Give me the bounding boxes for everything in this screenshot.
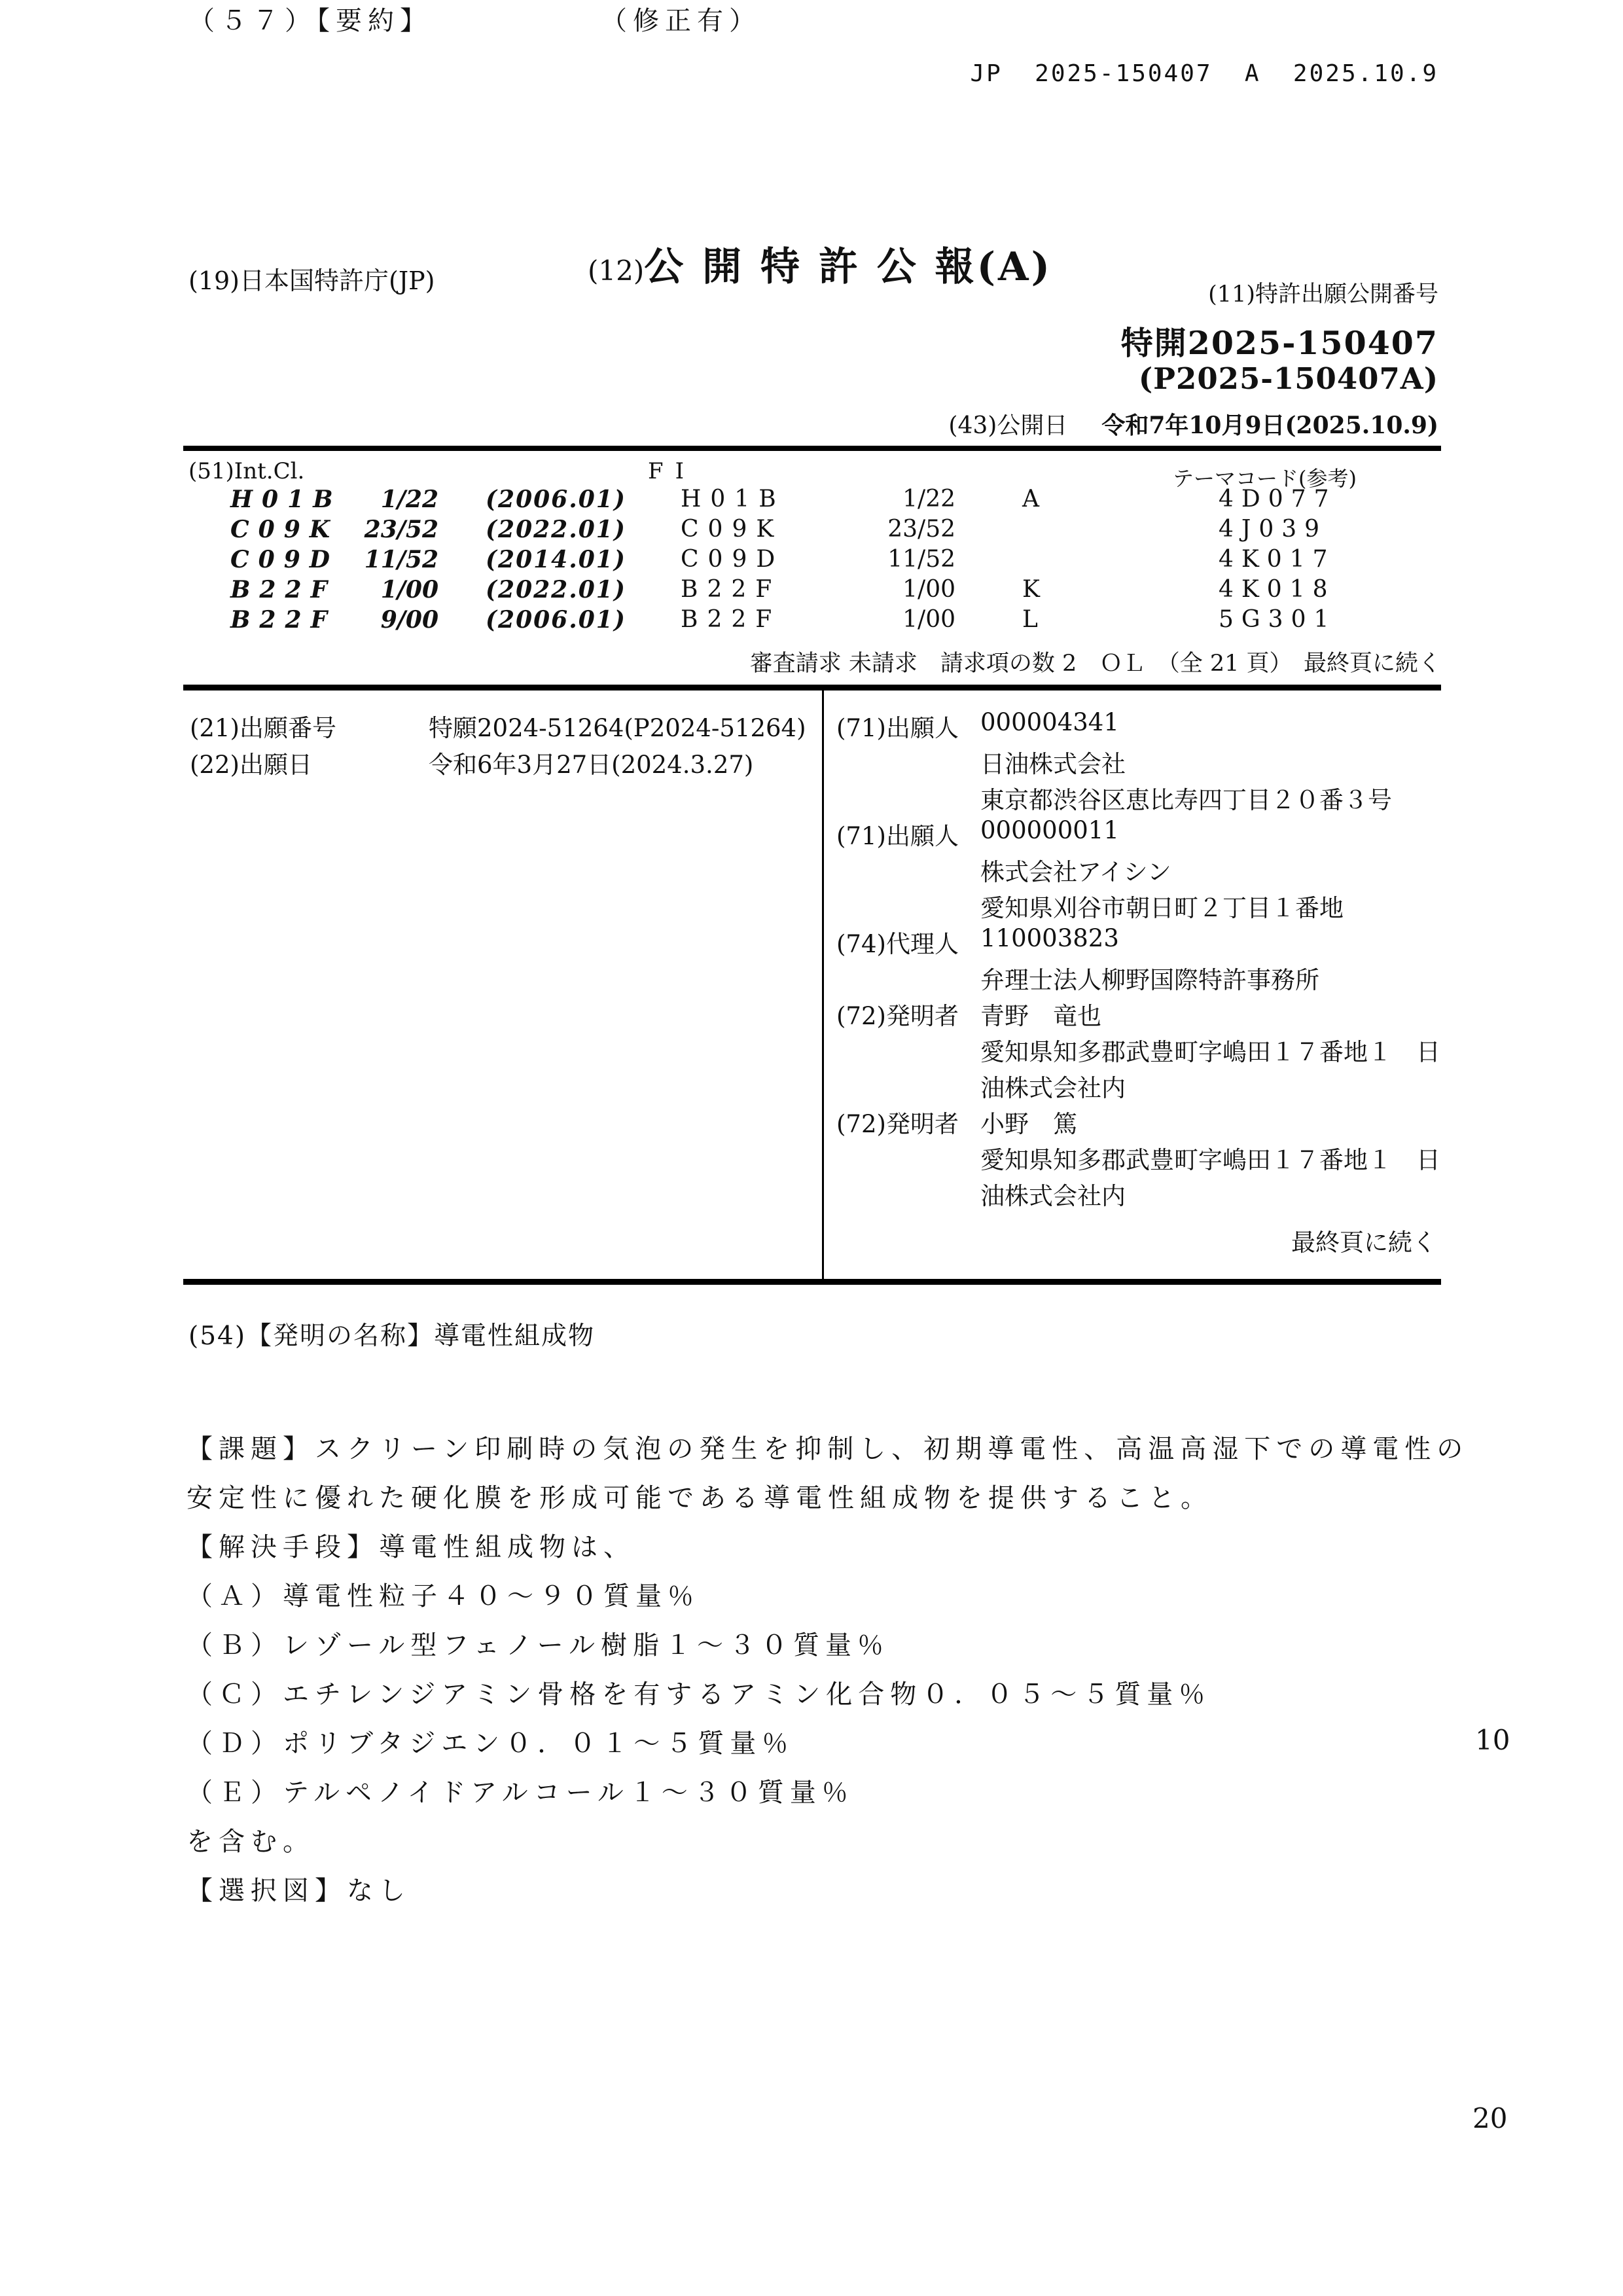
horizontal-rule-top [183, 446, 1441, 451]
abstract-line: 安定性に優れた硬化膜を形成可能である導電性組成物を提供すること。 [187, 1477, 1213, 1515]
page-header-docid: JP 2025-150407 A 2025.10.9 [970, 60, 1438, 87]
fi-subcode: A [1022, 486, 1039, 512]
party-label: (74)代理人 [836, 924, 959, 960]
party-value: 愛知県刈谷市朝日町２丁目１番地 [980, 888, 1344, 924]
int-cl-label: (51)Int.Cl. [188, 458, 304, 484]
party-value: 東京都渋谷区恵比寿四丁目２０番３号 [980, 780, 1392, 816]
publication-date-line: (43)公開日令和7年10月9日(2025.10.9) [948, 407, 1438, 440]
abstract-label: （５７）【要約】 [188, 0, 432, 37]
application-date-label: (22)出願日 [190, 745, 312, 780]
horizontal-rule-middle [183, 685, 1441, 691]
abstract-line: （Ｄ）ポリブタジエン０．０１～５質量％ [187, 1723, 794, 1760]
publication-number-paren: (P2025-150407A) [1139, 361, 1438, 396]
intcl-year: (2022.01) [486, 516, 626, 543]
party-value: 愛知県知多郡武豊町字嶋田１７番地１ 日 [980, 1140, 1440, 1175]
fi-label: FI [648, 458, 696, 484]
application-number-label: (21)出願番号 [190, 708, 336, 744]
abstract-line: 【選択図】なし [187, 1870, 411, 1907]
publication-kind-title: (12)公 開 特 許 公 報(A) [588, 236, 1052, 292]
party-value: 小野 篤 [980, 1104, 1077, 1139]
party-value: 株式会社アイシン [980, 852, 1171, 888]
fi-number: 11/52 [844, 546, 955, 573]
abstract-line: （Ｅ）テルペノイドアルコール１～３０質量％ [187, 1772, 854, 1809]
fi-number: 1/00 [844, 606, 955, 633]
party-value: 000000011 [980, 816, 1119, 844]
intcl-number: 11/52 [308, 546, 438, 573]
intcl-number: 1/22 [308, 486, 438, 513]
party-label: (71)出願人 [836, 816, 959, 852]
abstract-line: （Ｂ）レゾール型フェノール樹脂１～３０質量％ [187, 1624, 889, 1662]
intcl-year: (2006.01) [486, 606, 626, 634]
application-date-value: 令和6年3月27日(2024.3.27) [429, 745, 753, 780]
intcl-year: (2014.01) [486, 546, 626, 573]
column-divider [822, 691, 824, 1279]
party-label: (72)発明者 [836, 1104, 959, 1139]
examination-request-line: 審査請求 未請求 請求項の数 2 ＯＬ （全 21 頁） 最終頁に続く [750, 645, 1441, 678]
abstract-line: （Ａ）導電性粒子４０～９０質量％ [187, 1575, 700, 1613]
abstract-line: 【解決手段】導電性組成物は、 [187, 1526, 635, 1564]
invention-title-line: (54)【発明の名称】導電性組成物 [188, 1316, 595, 1352]
party-value: 弁理士法人柳野国際特許事務所 [980, 960, 1319, 996]
party-value: 110003823 [980, 924, 1119, 952]
fi-number: 1/22 [844, 486, 955, 512]
fi-number: 1/00 [844, 576, 955, 603]
party-label: (71)出願人 [836, 708, 959, 744]
patent-gazette-page: JP 2025-150407 A 2025.10.9 (19)日本国特許庁(JP… [0, 0, 1623, 2296]
intcl-number: 9/00 [308, 606, 438, 634]
fi-code: H01B [681, 486, 785, 512]
fi-code: C09D [681, 546, 784, 573]
classification-row: B22F 1/00 (2022.01) B22F 1/00 K 4K018 [0, 576, 1623, 606]
publication-kind-prefix: (12) [588, 255, 644, 287]
theme-code: 4J039 [1219, 516, 1327, 543]
publication-number: 特開2025-150407 [1121, 318, 1438, 364]
party-value: 油株式会社内 [980, 1068, 1126, 1103]
classification-row: C09D 11/52 (2014.01) C09D 11/52 4K017 [0, 546, 1623, 576]
fi-subcode: K [1022, 576, 1040, 603]
theme-code: 4K018 [1219, 576, 1336, 603]
theme-code: 4K017 [1219, 546, 1336, 573]
publication-date-label: (43)公開日 [948, 412, 1067, 439]
party-value: 油株式会社内 [980, 1176, 1126, 1211]
margin-line-number: 20 [1472, 2102, 1507, 2134]
theme-code: 4D077 [1219, 486, 1336, 512]
classification-row: H01B 1/22 (2006.01) H01B 1/22 A 4D077 [0, 486, 1623, 516]
abstract-line: （Ｃ）エチレンジアミン骨格を有するアミン化合物０．０５～５質量％ [187, 1674, 1211, 1711]
abstract-line: を含む。 [187, 1821, 315, 1858]
horizontal-rule-bottom [183, 1279, 1441, 1285]
fi-code: B22F [681, 576, 781, 603]
abstract-line: 【課題】スクリーン印刷時の気泡の発生を抑制し、初期導電性、高温高湿下での導電性の [187, 1428, 1469, 1465]
fi-number: 23/52 [844, 516, 955, 543]
publication-number-label: (11)特許出願公開番号 [1208, 276, 1438, 309]
patent-office-label: (19)日本国特許庁(JP) [188, 260, 435, 296]
publication-date-value: 令和7年10月9日(2025.10.9) [1101, 412, 1438, 439]
intcl-number: 23/52 [308, 516, 438, 543]
classification-row: C09K 23/52 (2022.01) C09K 23/52 4J039 [0, 516, 1623, 546]
margin-line-number: 10 [1475, 1724, 1510, 1756]
abstract-amended-note: （修正有） [601, 0, 761, 37]
fi-subcode: L [1022, 606, 1038, 633]
intcl-year: (2022.01) [486, 576, 626, 603]
party-value: 000004341 [980, 708, 1119, 736]
theme-code: 5G301 [1219, 606, 1336, 633]
party-value: 日油株式会社 [980, 744, 1126, 780]
fi-code: B22F [681, 606, 781, 633]
party-value: 青野 竜也 [980, 996, 1101, 1031]
intcl-number: 1/00 [308, 576, 438, 603]
party-value: 愛知県知多郡武豊町字嶋田１７番地１ 日 [980, 1032, 1440, 1067]
party-label: (72)発明者 [836, 996, 959, 1031]
fi-code: C09K [681, 516, 783, 543]
application-number-value: 特願2024-51264(P2024-51264) [429, 708, 806, 744]
publication-kind-text: 公 開 特 許 公 報(A) [644, 244, 1052, 290]
continued-on-last-page-note: 最終頁に続く [1291, 1223, 1436, 1258]
classification-row: B22F 9/00 (2006.01) B22F 1/00 L 5G301 [0, 606, 1623, 636]
intcl-year: (2006.01) [486, 486, 626, 513]
